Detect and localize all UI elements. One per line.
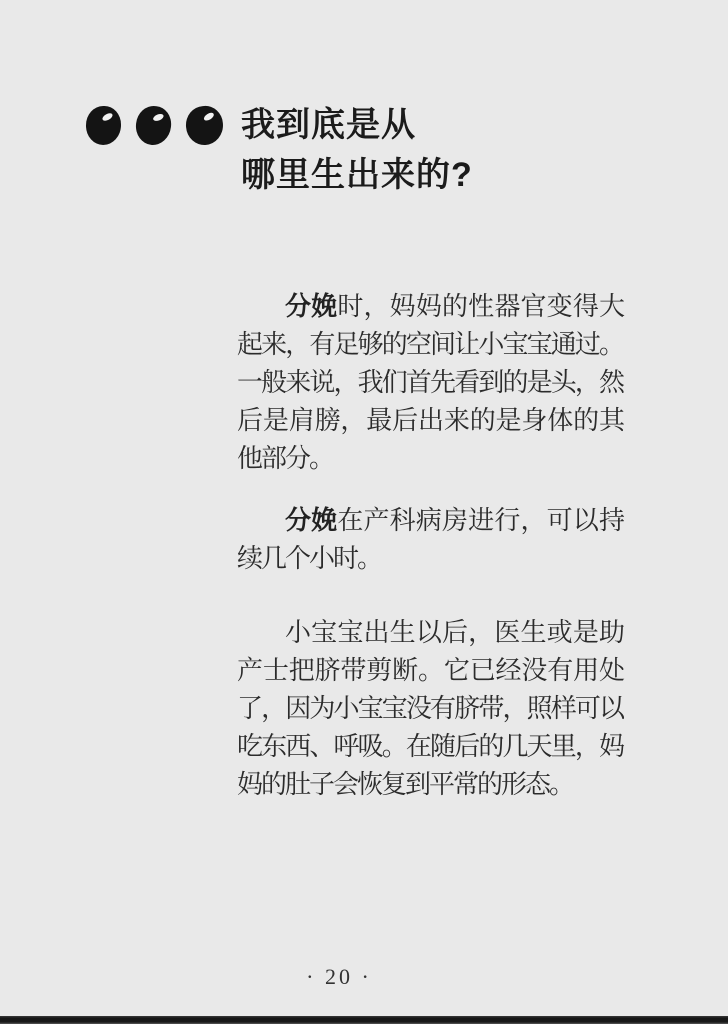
bold-lead-word: 分娩 <box>285 505 337 535</box>
body-line: 产士把脐带剪断。它已经没有用处 <box>237 652 623 690</box>
book-page: 我到底是从 哪里生出来的? 分娩时，妈妈的性器官变得大起来，有足够的空间让小宝宝… <box>0 0 728 1024</box>
paragraph-3: 小宝宝出生以后，医生或是助产士把脐带剪断。它已经没有用处了，因为小宝宝没有脐带，… <box>237 614 623 804</box>
scan-edge-shadow <box>0 1016 728 1024</box>
body-line: 一般来说，我们首先看到的是头，然 <box>237 364 623 402</box>
body-line: 分娩时，妈妈的性器官变得大 <box>237 287 623 326</box>
bold-lead-word: 分娩 <box>285 291 337 321</box>
body-line: 小宝宝出生以后，医生或是助 <box>237 614 623 652</box>
page-number: · 20 · <box>299 963 379 991</box>
body-line: 了，因为小宝宝没有脐带，照样可以 <box>237 690 623 728</box>
body-line: 分娩在产科病房进行，可以持 <box>237 501 623 540</box>
paragraph-2: 分娩在产科病房进行，可以持续几个小时。 <box>237 501 623 578</box>
paragraph-1: 分娩时，妈妈的性器官变得大起来，有足够的空间让小宝宝通过。一般来说，我们首先看到… <box>237 287 623 478</box>
body-line: 后是肩膀，最后出来的是身体的其 <box>237 402 623 440</box>
body-line: 吃东西、呼吸。在随后的几天里，妈 <box>237 728 623 766</box>
body-line: 续几个小时。 <box>237 540 623 578</box>
body-line: 他部分。 <box>237 440 623 478</box>
body-line: 妈的肚子会恢复到平常的形态。 <box>237 766 623 804</box>
body-line: 起来，有足够的空间让小宝宝通过。 <box>237 326 623 364</box>
body-text: 分娩时，妈妈的性器官变得大起来，有足够的空间让小宝宝通过。一般来说，我们首先看到… <box>0 0 728 1024</box>
